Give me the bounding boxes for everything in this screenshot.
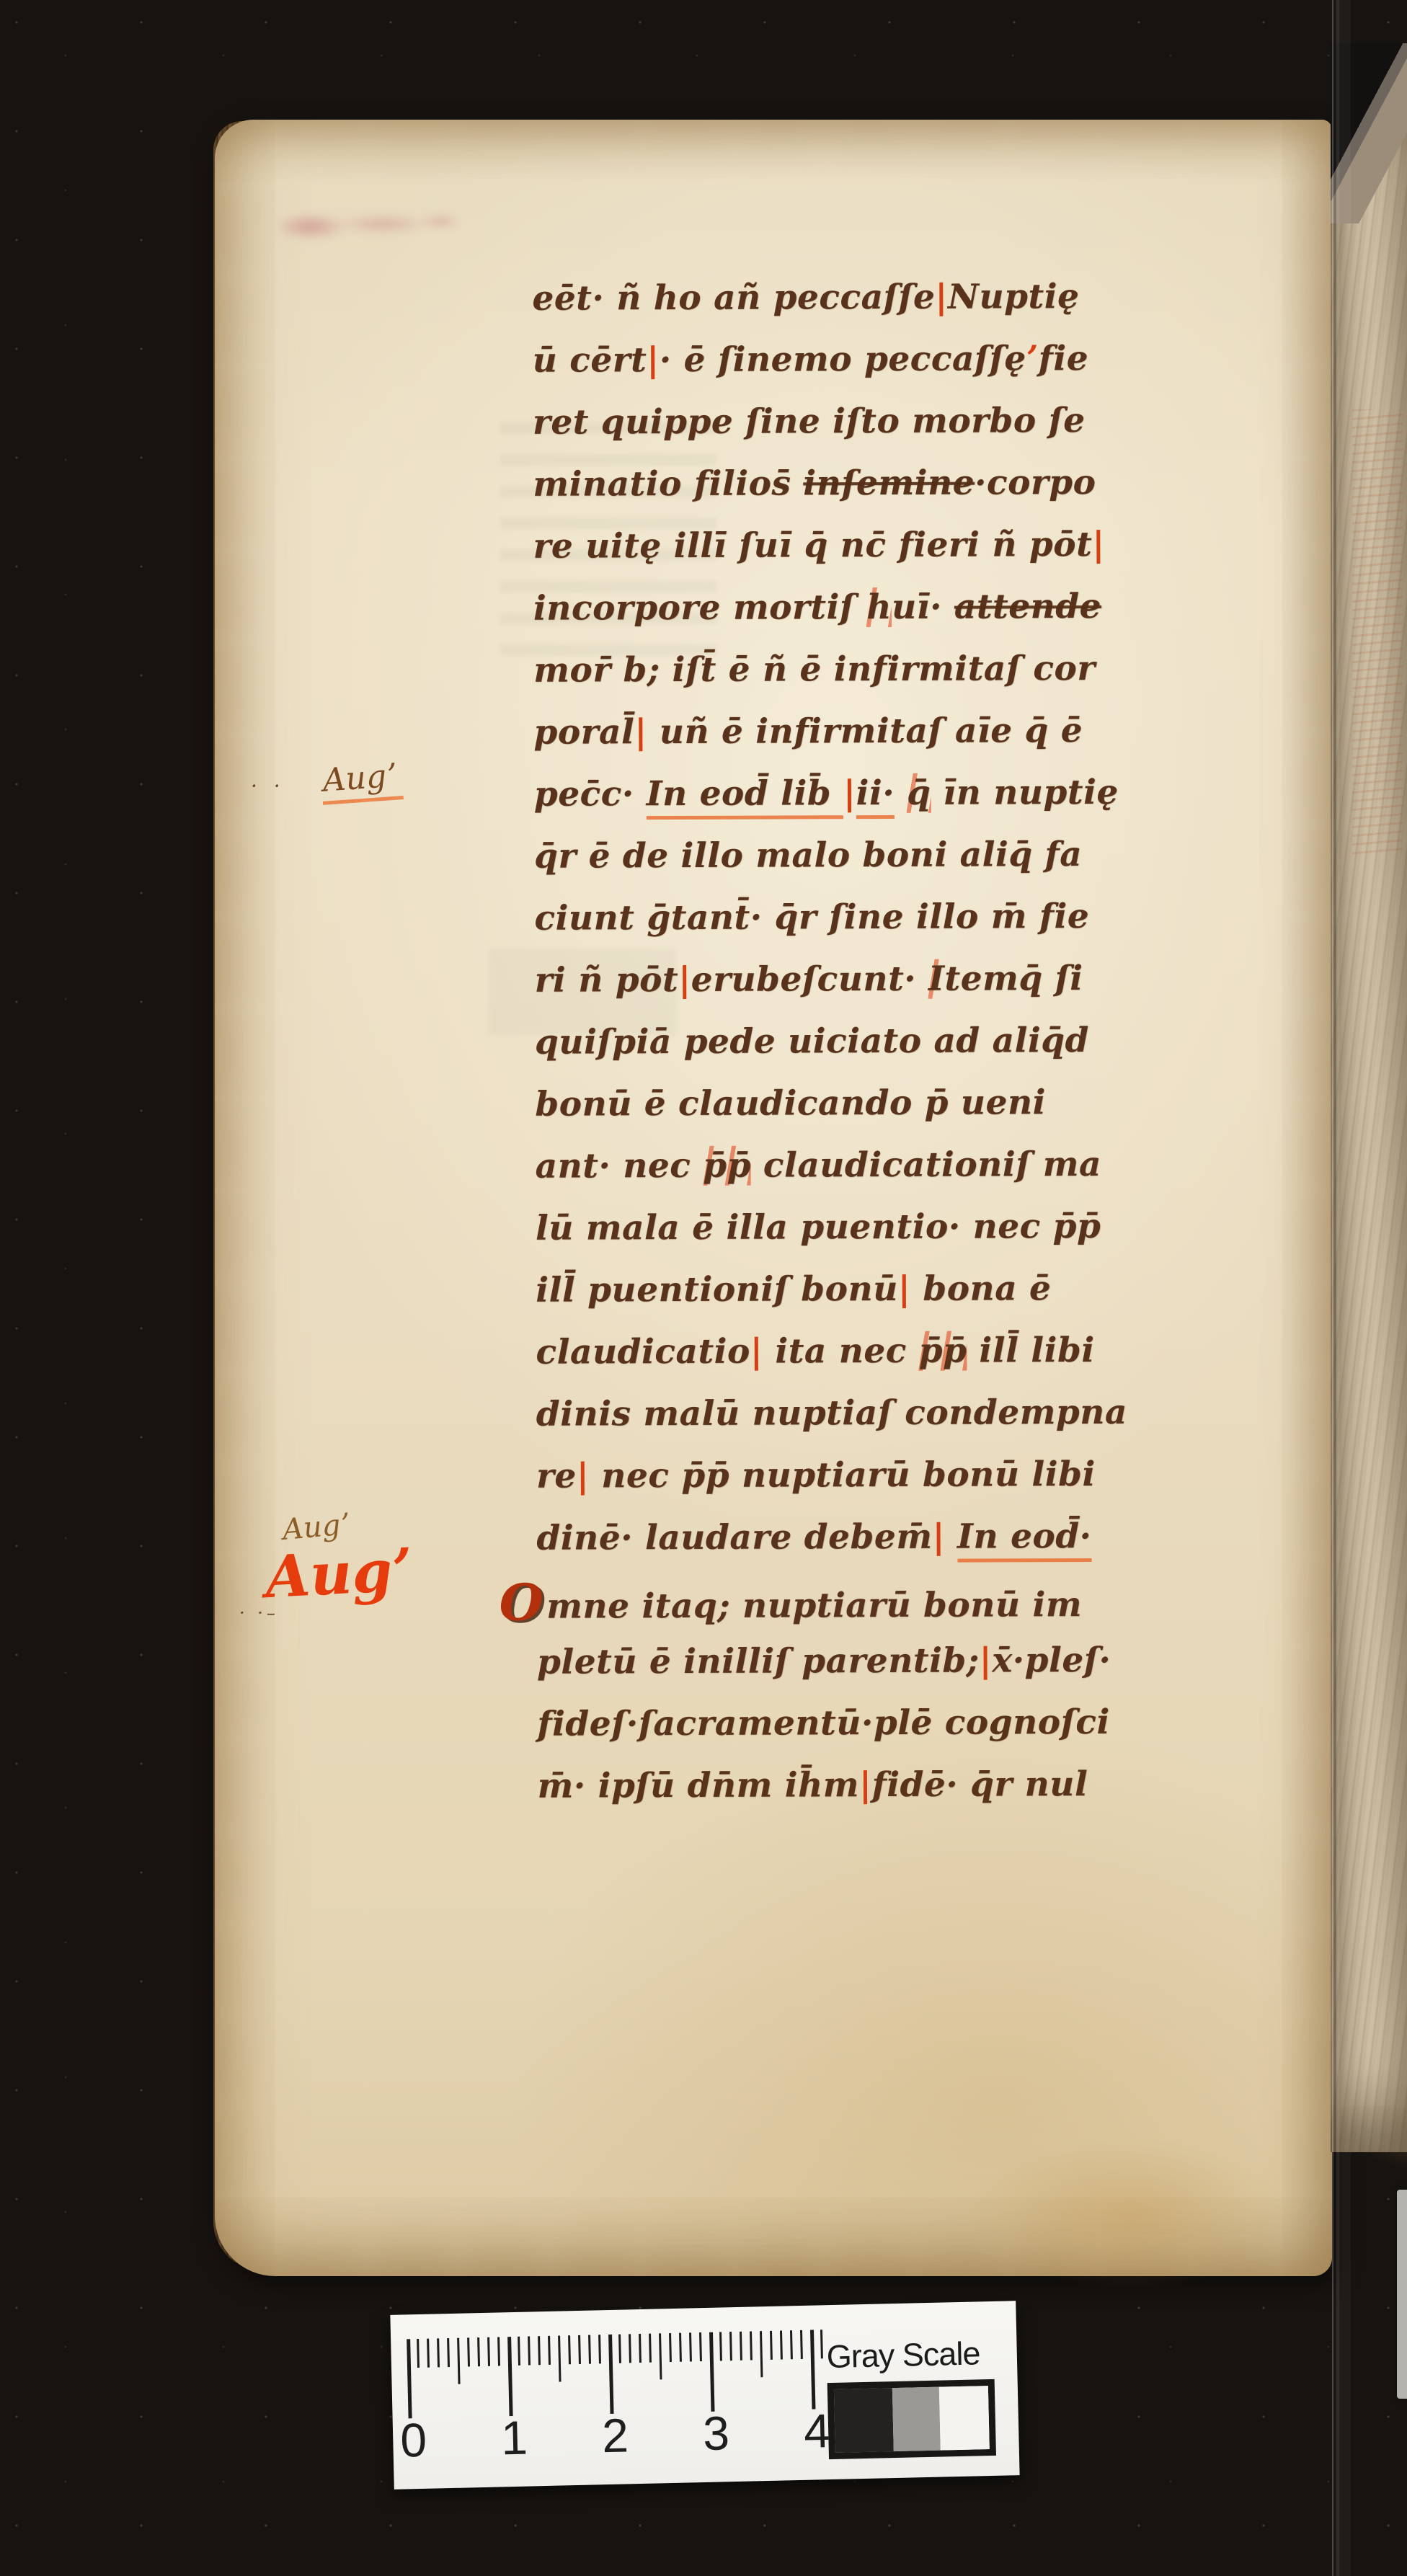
text-segment: fie bbox=[1038, 339, 1088, 378]
text-segment: poral̄ bbox=[533, 712, 634, 752]
ruler-number: 1 bbox=[500, 2410, 552, 2466]
ruler-tick bbox=[780, 2331, 783, 2360]
text-line: ret quippe ſine iſto morbo ſe bbox=[533, 389, 1239, 453]
ruler-tick bbox=[669, 2333, 672, 2362]
text-segment: m̄· ipſū dn̄m ih̄m bbox=[538, 1765, 860, 1806]
ruler-tick bbox=[729, 2332, 732, 2360]
ruler-tick bbox=[699, 2332, 702, 2361]
text-segment: claudicationiſ ma bbox=[751, 1145, 1101, 1186]
ruler-number: 0 bbox=[399, 2412, 451, 2468]
ruler-tick bbox=[659, 2333, 662, 2379]
fore-edge-red-hatch bbox=[1352, 409, 1403, 856]
ruler-tick bbox=[538, 2336, 541, 2365]
red-virgule: | bbox=[577, 1456, 590, 1496]
text-line: re uitę illī ſuī q̄ nc̄ fieri ñ pōt| bbox=[533, 513, 1239, 577]
text-segment: ill̄ puentioniſ bonū bbox=[536, 1269, 898, 1310]
ruler-tick bbox=[800, 2330, 803, 2359]
text-segment: inſemine bbox=[803, 463, 975, 504]
text-segment: ill̄ libi bbox=[967, 1331, 1094, 1371]
plexiglass-edge bbox=[1332, 0, 1351, 2576]
text-segment bbox=[895, 773, 907, 813]
ruler-tick bbox=[507, 2337, 512, 2416]
text-block: eēt· ñ ho añ peccaſſe|Nuptięū cērt|· ē ſ… bbox=[532, 265, 1243, 1817]
faded-marginal-mark bbox=[278, 203, 458, 255]
text-line: claudicatio| ita nec p̄p̄ ill̄ libi bbox=[536, 1319, 1242, 1383]
text-line: minatio filios̄ inſemine·corpo bbox=[533, 451, 1239, 515]
ruler-tick bbox=[417, 2339, 420, 2368]
ruler-tick bbox=[427, 2339, 430, 2368]
ruler-tick bbox=[709, 2332, 714, 2412]
ruler-tick bbox=[588, 2335, 591, 2364]
ruler-tick bbox=[770, 2331, 773, 2360]
red-virgule: | bbox=[647, 340, 660, 380]
text-line: q̄r ē de illo malo boni aliq̄ fa bbox=[534, 823, 1240, 887]
text-segment: q̄r ē de illo malo boni aliq̄ fa bbox=[534, 835, 1082, 876]
text-segment: ant· nec bbox=[536, 1146, 703, 1186]
ruler-tick bbox=[578, 2335, 581, 2364]
right-edge-gray-strip bbox=[1397, 2190, 1407, 2399]
red-virgule: | bbox=[979, 1641, 992, 1681]
gray-scale-bar bbox=[827, 2379, 996, 2459]
text-segment: In eod̄· bbox=[957, 1516, 1092, 1563]
ruler-tick bbox=[518, 2337, 520, 2366]
red-virgule: | bbox=[750, 1332, 763, 1372]
ruler-tick bbox=[467, 2337, 470, 2366]
text-segment: re uitę illī ſuī q̄ nc̄ fieri ñ pōt bbox=[533, 525, 1093, 567]
red-virgule: | bbox=[935, 277, 948, 317]
gray-patch-white bbox=[938, 2386, 989, 2451]
ruler-numbers: 01234 bbox=[390, 2301, 1016, 2315]
ruler-tick bbox=[528, 2336, 531, 2365]
ruler-tick bbox=[618, 2335, 621, 2363]
ruler-tick bbox=[679, 2333, 682, 2362]
gray-patch-dark bbox=[834, 2388, 894, 2453]
gray-scale-label: Gray Scale bbox=[826, 2334, 1007, 2376]
text-segment: īn nuptię bbox=[931, 773, 1119, 813]
parchment-stain bbox=[964, 2138, 1296, 2289]
text-line: m̄· ipſū dn̄m ih̄m|fidē· q̄r nul bbox=[537, 1753, 1243, 1817]
text-segment: Nuptię bbox=[948, 277, 1080, 317]
text-segment: minatio filios̄ bbox=[533, 463, 803, 504]
text-segment: ciunt ḡtant̄· q̄r ſine illo m̄ fie bbox=[534, 897, 1089, 938]
text-line: incorpore mortiſ huī· attende bbox=[533, 575, 1240, 639]
ruler-tick bbox=[639, 2334, 642, 2363]
ruler-tick bbox=[477, 2337, 480, 2366]
margin-note-aug-3-red: Augʼ bbox=[264, 1536, 414, 1612]
ruler-tick bbox=[598, 2335, 601, 2363]
text-line: Omne itaq; nuptiarū bonū im bbox=[537, 1567, 1243, 1631]
text-line: ant· nec p̄p̄ claudicationiſ ma bbox=[535, 1133, 1241, 1197]
text-segment: bonū ē claudicando p̄ ueni bbox=[535, 1083, 1046, 1124]
red-virgule: | bbox=[843, 773, 856, 813]
text-line: pec̄c· In eod̄ lib̄ |ii· q̄ īn nuptię bbox=[534, 761, 1240, 825]
text-segment: uī· bbox=[892, 587, 954, 627]
ruler-tick bbox=[497, 2337, 500, 2366]
margin-note-aug-1: Augʼ bbox=[320, 757, 404, 805]
red-virgule: | bbox=[634, 712, 647, 752]
text-segment: temq̄ ſi bbox=[944, 959, 1083, 999]
red-virgule: | bbox=[1092, 525, 1105, 564]
text-segment: erubeſcunt· bbox=[691, 959, 928, 1000]
text-segment: mor̄ b; iſt̄ ē ñ ē infirmitaſ cor bbox=[533, 649, 1096, 690]
text-segment: uñ ē infirmitaſ aīe q̄ ē bbox=[647, 711, 1083, 752]
ruler-tick bbox=[790, 2330, 793, 2359]
text-segment: In eod̄ lib̄ bbox=[646, 773, 843, 820]
rubricated-initial: O bbox=[500, 1572, 544, 1634]
margin-dots-upper: · · bbox=[251, 774, 285, 798]
text-segment: nec p̄p̄ nuptiarū bonū libi bbox=[589, 1454, 1096, 1496]
photo-background: eēt· ñ ho añ peccaſſe|Nuptięū cērt|· ē ſ… bbox=[0, 0, 1407, 2576]
text-line: poral̄| uñ ē infirmitaſ aīe q̄ ē bbox=[533, 699, 1240, 763]
text-segment: p̄p̄ bbox=[919, 1331, 967, 1371]
text-segment: dinē· laudare debem̄ bbox=[536, 1517, 932, 1558]
text-segment: q̄ bbox=[907, 773, 931, 813]
text-line: eēt· ñ ho añ peccaſſe|Nuptię bbox=[532, 265, 1238, 329]
ruler-tick bbox=[760, 2331, 763, 2377]
text-segment: ii· bbox=[856, 773, 895, 819]
text-line: mor̄ b; iſt̄ ē ñ ē infirmitaſ cor bbox=[533, 637, 1240, 701]
text-segment: I bbox=[928, 959, 945, 999]
ruler-tick bbox=[608, 2335, 613, 2414]
text-segment: x̄·pleſ· bbox=[992, 1640, 1111, 1681]
text-segment: pletū ē inilliſ parentib; bbox=[537, 1641, 980, 1682]
ruler-tick bbox=[820, 2329, 823, 2358]
text-line: quiſpiā pede uiciato ad aliq̄d bbox=[535, 1009, 1241, 1073]
ruler-number: 2 bbox=[601, 2407, 653, 2464]
ruler-tick bbox=[447, 2338, 450, 2367]
text-line: bonū ē claudicando p̄ ueni bbox=[535, 1071, 1241, 1135]
text-segment: re bbox=[536, 1457, 577, 1496]
ruler-tick bbox=[689, 2332, 692, 2361]
text-line: fideſ·ſacramentū·plē cognoſci bbox=[537, 1691, 1243, 1755]
text-segment: lū mala ē illa puentio· nec p̄p̄ bbox=[536, 1207, 1101, 1248]
text-segment: fideſ·ſacramentū·plē cognoſci bbox=[537, 1702, 1110, 1744]
text-line: re| nec p̄p̄ nuptiarū bonū libi bbox=[536, 1443, 1243, 1507]
text-segment: p̄p̄ bbox=[703, 1146, 751, 1186]
ruler-tick bbox=[750, 2332, 753, 2360]
ruler-tick bbox=[568, 2335, 571, 2364]
margin-dots-lower: · ·– bbox=[239, 1603, 279, 1623]
text-segment: claudicatio bbox=[536, 1332, 750, 1372]
text-line: ri ñ pōt|erubeſcunt· Itemq̄ ſi bbox=[535, 947, 1241, 1011]
text-segment: · ē ſinemo peccaſſę bbox=[660, 339, 1026, 380]
red-virgule: | bbox=[932, 1517, 945, 1557]
text-segment: fidē· q̄r nul bbox=[871, 1764, 1088, 1805]
ruler-tick bbox=[629, 2334, 631, 2363]
ruler-tick bbox=[740, 2332, 742, 2360]
ruler-tick bbox=[548, 2336, 551, 2365]
text-segment: incorpore mortiſ bbox=[533, 587, 867, 629]
ruler-number: 3 bbox=[702, 2404, 754, 2461]
text-segment: bona ē bbox=[910, 1269, 1051, 1309]
text-segment: dinis malū nuptiaſ condempna bbox=[536, 1393, 1127, 1434]
text-segment: eēt· ñ ho añ peccaſſe bbox=[532, 277, 935, 319]
text-segment: quiſpiā pede uiciato ad aliq̄d bbox=[535, 1021, 1089, 1062]
text-segment: ita nec bbox=[763, 1331, 919, 1372]
scale-card: 01234 Gray Scale bbox=[390, 2301, 1019, 2490]
text-segment bbox=[945, 1517, 957, 1557]
text-line: lū mala ē illa puentio· nec p̄p̄ bbox=[536, 1195, 1242, 1259]
text-line: pletū ē inilliſ parentib;|x̄·pleſ· bbox=[537, 1629, 1243, 1693]
ruler-tick bbox=[407, 2339, 412, 2418]
text-segment: ·corpo bbox=[975, 463, 1096, 503]
red-virgule: | bbox=[859, 1765, 872, 1805]
ruler-tick bbox=[457, 2338, 460, 2384]
ruler-tick bbox=[437, 2338, 440, 2367]
text-line: ill̄ puentioniſ bonū| bona ē bbox=[536, 1257, 1242, 1321]
ruler-tick bbox=[719, 2332, 722, 2360]
text-line: dinē· laudare debem̄| In eod̄· bbox=[536, 1505, 1243, 1569]
ruler-tick bbox=[487, 2337, 490, 2366]
text-segment: ret quippe ſine iſto morbo ſe bbox=[533, 401, 1086, 443]
text-segment: attende bbox=[954, 587, 1101, 627]
red-virgule: | bbox=[678, 960, 691, 1000]
ruler-tick bbox=[558, 2336, 561, 2382]
text-segment: ū cērt bbox=[533, 340, 647, 381]
gray-patch-mid bbox=[892, 2387, 940, 2451]
ruler-tick bbox=[810, 2330, 815, 2410]
red-virgule: ʼ bbox=[1026, 339, 1039, 378]
text-segment: ri ñ pōt bbox=[535, 960, 679, 1000]
red-virgule: | bbox=[898, 1269, 911, 1309]
text-line: ciunt ḡtant̄· q̄r ſine illo m̄ fie bbox=[534, 885, 1240, 949]
text-segment: h bbox=[866, 587, 892, 627]
text-line: dinis malū nuptiaſ condempna bbox=[536, 1381, 1243, 1445]
ruler-tick bbox=[649, 2334, 652, 2363]
text-segment: pec̄c· bbox=[534, 774, 647, 814]
text-segment: mne itaq; nuptiarū bonū im bbox=[546, 1585, 1082, 1627]
ruler-ticks bbox=[390, 2301, 1016, 2315]
text-line: ū cērt|· ē ſinemo peccaſſęʼfie bbox=[533, 327, 1239, 391]
